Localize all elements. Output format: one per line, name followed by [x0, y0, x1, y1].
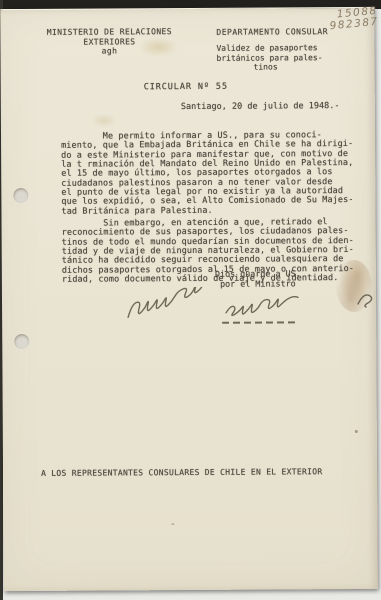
handwritten-registry-numbers: 15088982387	[305, 6, 379, 35]
text-line: MINISTERIO DE RELACIONES	[43, 27, 175, 37]
paper-sheet: MINISTERIO DE RELACIONESEXTERIORESagh DE…	[0, 7, 378, 591]
text-line: tinos	[217, 62, 315, 72]
ministry-letterhead: MINISTERIO DE RELACIONESEXTERIORESagh	[43, 27, 175, 56]
scanned-document-page: MINISTERIO DE RELACIONESEXTERIORESagh DE…	[0, 0, 381, 600]
circular-title: CIRCULAR Nº 55	[144, 82, 228, 93]
body-paragraph-2: Sin embargo, en atención a que, retirado…	[62, 218, 355, 285]
text-line: tad Británica para Palestina.	[61, 206, 353, 217]
paper-stain	[91, 113, 117, 127]
subject-note: Validez de pasaportesbritánicos para pal…	[216, 43, 314, 72]
body-paragraph-1: Me permito informar a US., para su conoc…	[61, 131, 354, 217]
footer-recipients: A LOS REPRESENTANTES CONSULARES DE CHILE…	[41, 467, 322, 478]
punch-hole-bottom	[14, 334, 29, 349]
punch-hole-top	[13, 188, 28, 203]
paper-speck	[355, 430, 358, 433]
text-line: ridad, como documento válido de viaje y …	[62, 274, 354, 285]
paper-speck	[171, 523, 174, 525]
dateline: Santiago, 20 de julio de 1948.-	[181, 101, 340, 112]
text-line: británicos para pales-	[216, 53, 314, 63]
text-line: Validez de pasaportes	[216, 43, 314, 53]
text-line: agh	[43, 46, 175, 56]
